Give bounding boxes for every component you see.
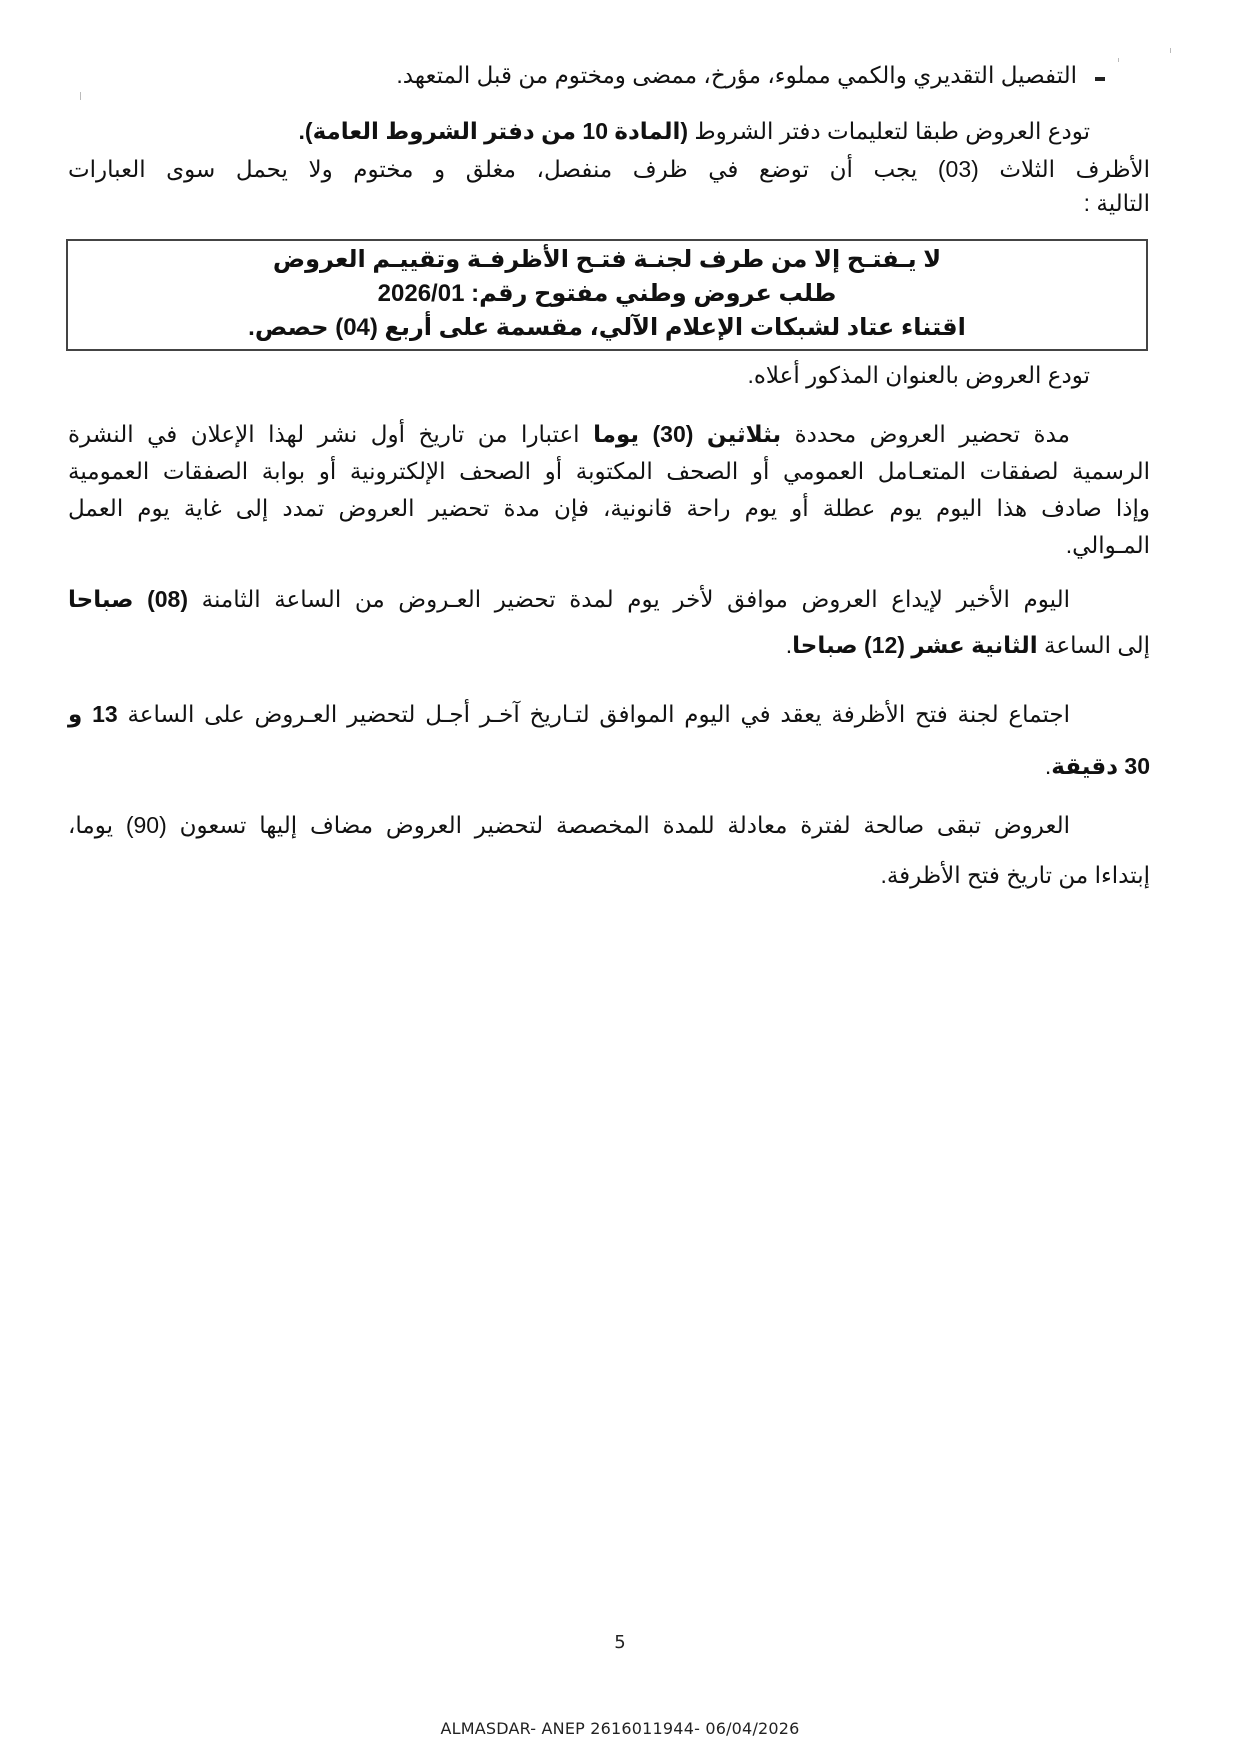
page-number: 5 xyxy=(0,1632,1240,1653)
deposit-instructions-normal: تودع العروض طبقا لتعليمات دفتر الشروط xyxy=(688,118,1090,144)
scan-speck xyxy=(1170,48,1171,53)
last-day-line-1: اليوم الأخير لإيداع العروض موافق لأخر يو… xyxy=(68,576,1150,622)
document-page: التفصيل التقديري والكمي مملوء، مؤرخ، ممض… xyxy=(0,0,1240,1754)
committee-hour: 13 و xyxy=(68,701,118,727)
last-day-paragraph: اليوم الأخير لإيداع العروض موافق لأخر يو… xyxy=(68,576,1150,668)
notice-line-subject: اقتناء عتاد لشبكات الإعلام الآلي، مقسمة … xyxy=(68,311,1146,345)
validity-line-2: إبتداءا من تاريخ فتح الأظرفة. xyxy=(68,850,1150,900)
preparation-period-paragraph: مدة تحضير العروض محددة بثلاثين (30) يوما… xyxy=(68,416,1150,564)
preparation-line-4: المـوالي. xyxy=(68,527,1150,564)
bullet-marker xyxy=(1095,77,1105,81)
notice-line-tender-number: طلب عروض وطني مفتوح رقم: 2026/01 xyxy=(68,277,1146,311)
preparation-line-2: الرسمية لصفقات المتعـامل العمومي أو الصح… xyxy=(68,453,1150,490)
bullet-item-text: التفصيل التقديري والكمي مملوء، مؤرخ، ممض… xyxy=(396,62,1077,90)
committee-line-2: 30 دقيقة. xyxy=(68,740,1150,792)
envelopes-line-2: التالية : xyxy=(68,186,1150,220)
envelope-notice-box: لا يـفتـح إلا من طرف لجنـة فتـح الأظرفـة… xyxy=(66,239,1148,351)
validity-line-1: العروض تبقى صالحة لفترة معادلة للمدة الم… xyxy=(68,800,1150,850)
validity-paragraph: العروض تبقى صالحة لفترة معادلة للمدة الم… xyxy=(68,800,1150,900)
address-paragraph: تودع العروض بالعنوان المذكور أعلاه. xyxy=(747,362,1090,390)
preparation-duration-bold: بثلاثين (30) يوما xyxy=(593,421,781,447)
committee-meeting-paragraph: اجتماع لجنة فتح الأظرفة يعقد في اليوم ال… xyxy=(68,688,1150,792)
preparation-line-1: مدة تحضير العروض محددة بثلاثين (30) يوما… xyxy=(68,416,1150,453)
preparation-line-3: وإذا صادف هذا اليوم يوم عطلة أو يوم راحة… xyxy=(68,490,1150,527)
scan-speck xyxy=(1118,58,1119,62)
deposit-instructions-bold: (المادة 10 من دفتر الشروط العامة). xyxy=(299,118,688,144)
last-day-start-hour: (08) صباحا xyxy=(68,586,188,612)
last-day-end-hour: الثانية عشر (12) صباحا xyxy=(792,632,1038,658)
committee-line-1: اجتماع لجنة فتح الأظرفة يعقد في اليوم ال… xyxy=(68,688,1150,740)
committee-minutes: 30 دقيقة xyxy=(1051,753,1150,779)
last-day-line-2: إلى الساعة الثانية عشر (12) صباحا. xyxy=(68,622,1150,668)
deposit-instructions: تودع العروض طبقا لتعليمات دفتر الشروط (ا… xyxy=(299,118,1090,146)
envelopes-line-1: الأظرف الثلاث (03) يجب أن توضع في ظرف من… xyxy=(68,152,1150,186)
envelopes-paragraph: الأظرف الثلاث (03) يجب أن توضع في ظرف من… xyxy=(68,152,1150,220)
publication-footer: ALMASDAR- ANEP 2616011944- 06/04/2026 xyxy=(0,1719,1240,1738)
notice-line-committee: لا يـفتـح إلا من طرف لجنـة فتـح الأظرفـة… xyxy=(68,243,1146,277)
scan-speck xyxy=(80,92,81,100)
